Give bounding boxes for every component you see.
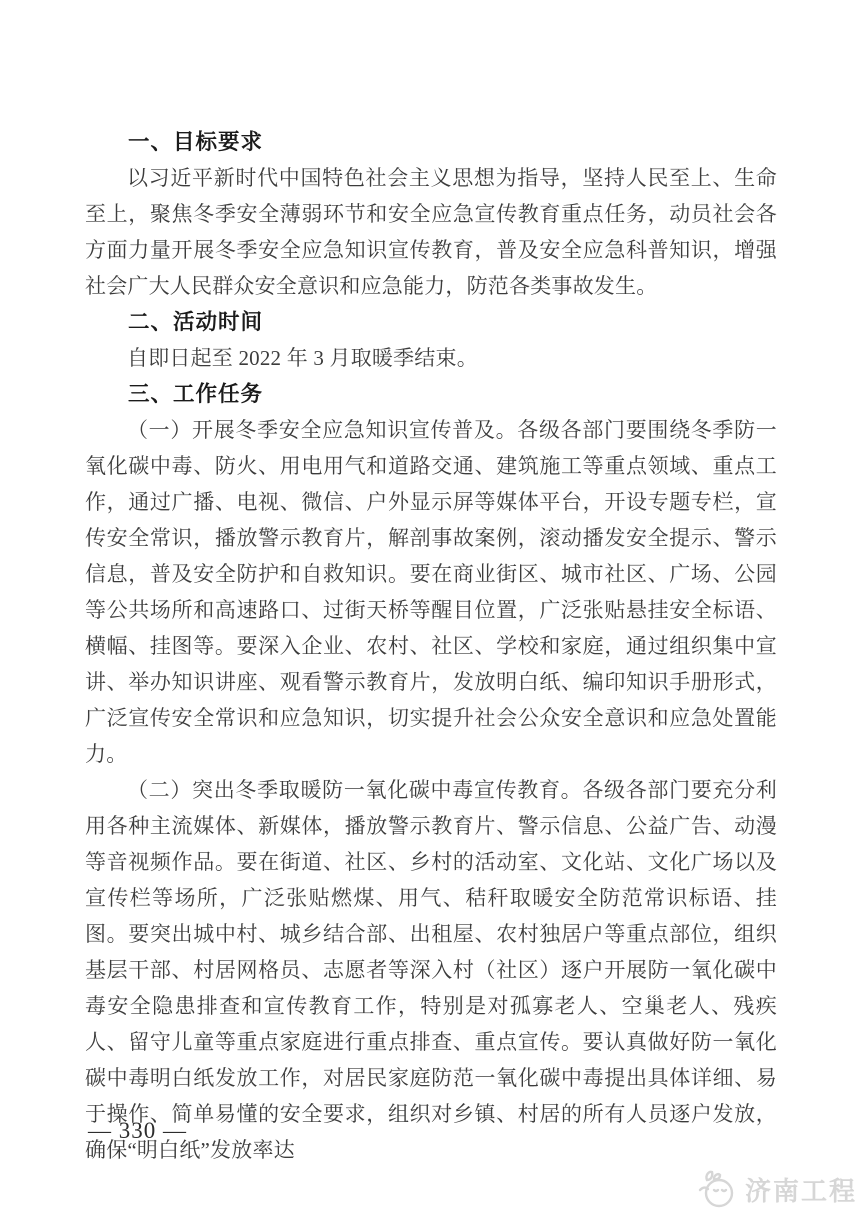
body-paragraph-3: 自即日起至 2022 年 3 月取暖季结束。	[85, 340, 777, 376]
body-paragraph-6: （二）突出冬季取暖防一氧化碳中毒宣传教育。各级各部门要充分利用各种主流媒体、新媒…	[85, 772, 777, 1168]
section-heading-0: 一、目标要求	[85, 124, 777, 160]
jinan-engineering-logo-icon	[694, 1166, 740, 1212]
body-paragraph-1: 以习近平新时代中国特色社会主义思想为指导，坚持人民至上、生命至上，聚焦冬季安全薄…	[85, 160, 777, 304]
watermark-text: 济南工程	[745, 1171, 856, 1208]
section-heading-4: 三、工作任务	[85, 376, 777, 412]
document-body: 一、目标要求以习近平新时代中国特色社会主义思想为指导，坚持人民至上、生命至上，聚…	[85, 124, 777, 1168]
page-number: — 330 —	[88, 1118, 187, 1144]
body-paragraph-5: （一）开展冬季安全应急知识宣传普及。各级各部门要围绕冬季防一氧化碳中毒、防火、用…	[85, 412, 777, 772]
document-page: 一、目标要求以习近平新时代中国特色社会主义思想为指导，坚持人民至上、生命至上，聚…	[0, 0, 856, 1225]
watermark: 济南工程	[694, 1166, 856, 1212]
section-heading-2: 二、活动时间	[85, 304, 777, 340]
